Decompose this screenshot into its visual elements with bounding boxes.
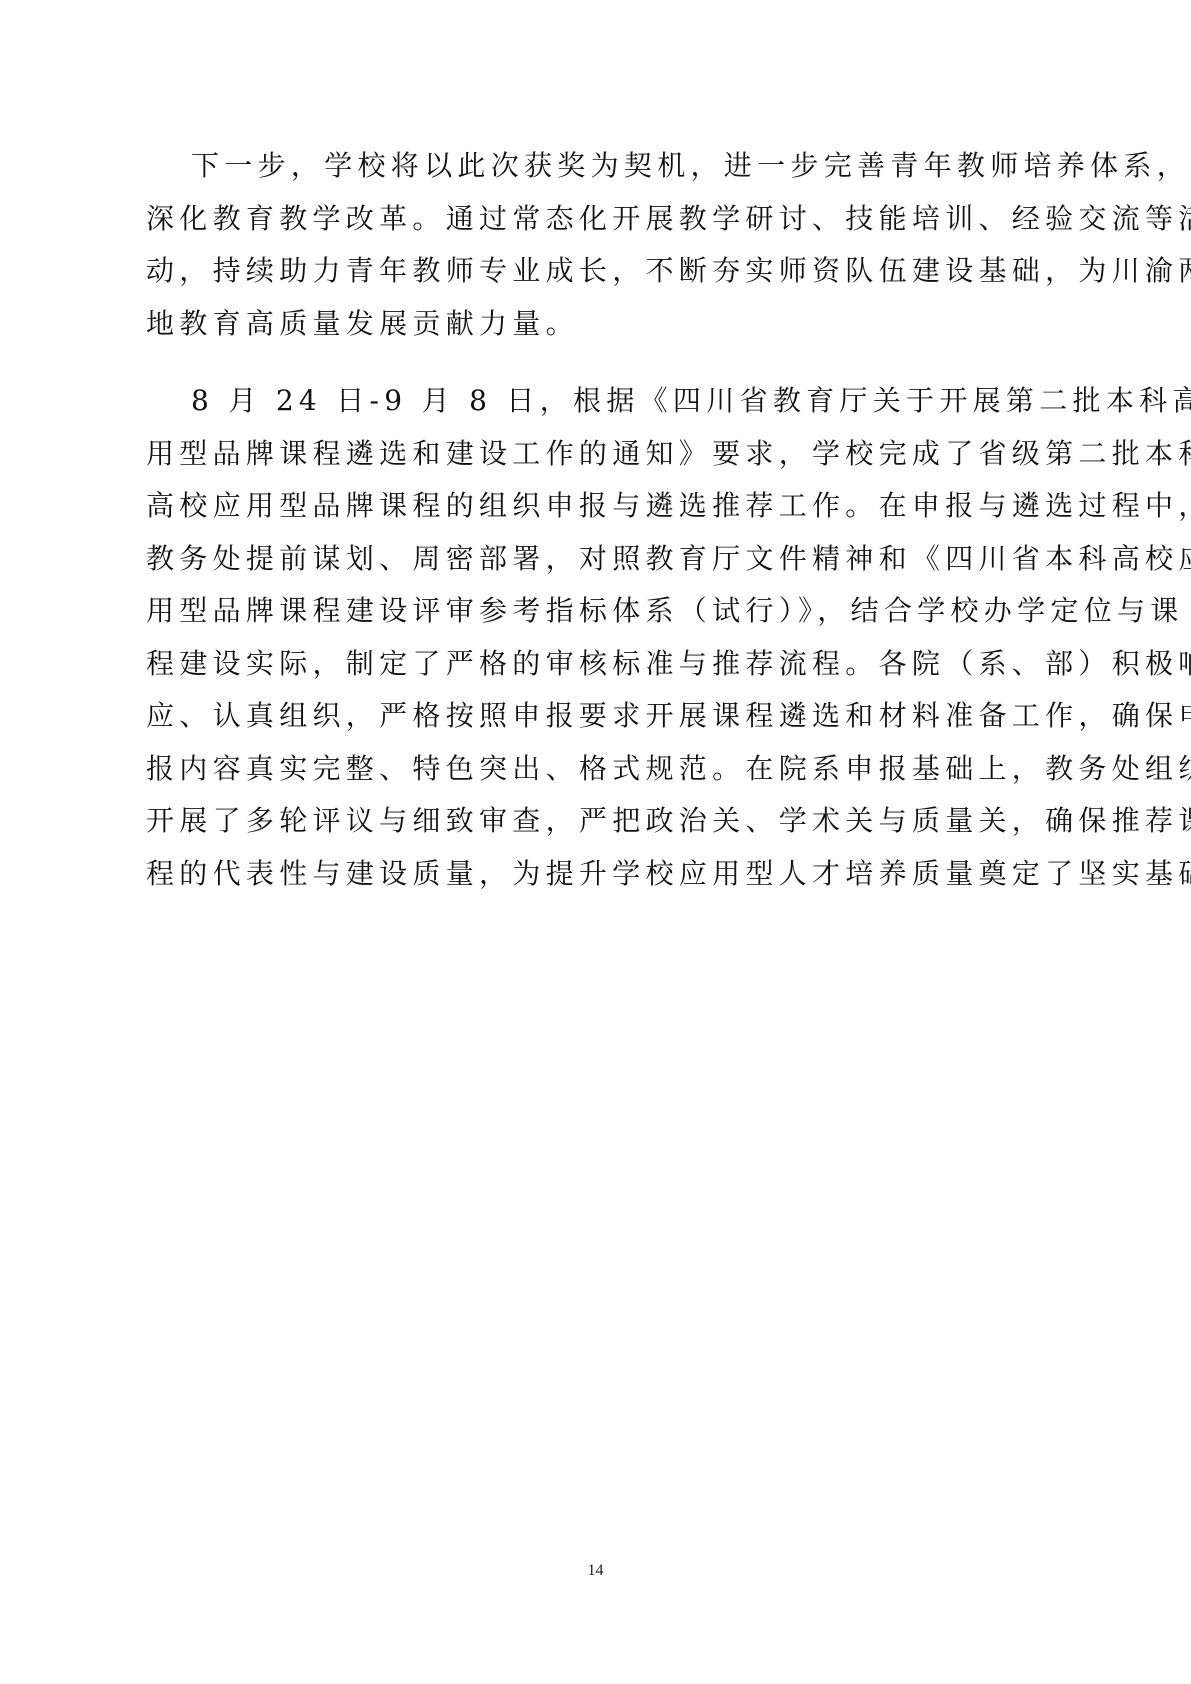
text-line: 教务处提前谋划、周密部署，对照教育厅文件精神和《四川省本科高校应 xyxy=(146,533,1046,586)
text-line: 动，持续助力青年教师专业成长，不断夯实师资队伍建设基础，为川渝两 xyxy=(146,245,1046,298)
text-line: 8 月 24 日-9 月 8 日，根据《四川省教育厅关于开展第二批本科高校应 xyxy=(146,375,1046,428)
text-line: 报内容真实完整、特色突出、格式规范。在院系申报基础上，教务处组织 xyxy=(146,743,1046,796)
paragraph-next-steps: 下一步，学校将以此次获奖为契机，进一步完善青年教师培养体系， 深化教育教学改革。… xyxy=(146,140,1046,350)
text-line: 程建设实际，制定了严格的审核标准与推荐流程。各院（系、部）积极响 xyxy=(146,638,1046,691)
text-line: 程的代表性与建设质量，为提升学校应用型人才培养质量奠定了坚实基础。 xyxy=(146,848,1046,901)
text-line: 地教育高质量发展贡献力量。 xyxy=(146,298,1046,351)
text-line: 开展了多轮评议与细致审查，严把政治关、学术关与质量关，确保推荐课 xyxy=(146,795,1046,848)
page-number: 14 xyxy=(0,1562,1191,1580)
text-line: 应、认真组织，严格按照申报要求开展课程遴选和材料准备工作，确保申 xyxy=(146,690,1046,743)
text-line: 下一步，学校将以此次获奖为契机，进一步完善青年教师培养体系， xyxy=(146,140,1046,193)
text-line: 用型品牌课程建设评审参考指标体系（试行）》，结合学校办学定位与课 xyxy=(146,585,1046,638)
text-line: 高校应用型品牌课程的组织申报与遴选推荐工作。在申报与遴选过程中， xyxy=(146,480,1046,533)
document-page: 下一步，学校将以此次获奖为契机，进一步完善青年教师培养体系， 深化教育教学改革。… xyxy=(0,0,1191,1684)
text-line: 深化教育教学改革。通过常态化开展教学研讨、技能培训、经验交流等活 xyxy=(146,193,1046,246)
paragraph-brand-course-selection: 8 月 24 日-9 月 8 日，根据《四川省教育厅关于开展第二批本科高校应 用… xyxy=(146,375,1046,900)
text-line: 用型品牌课程遴选和建设工作的通知》要求，学校完成了省级第二批本科 xyxy=(146,428,1046,481)
